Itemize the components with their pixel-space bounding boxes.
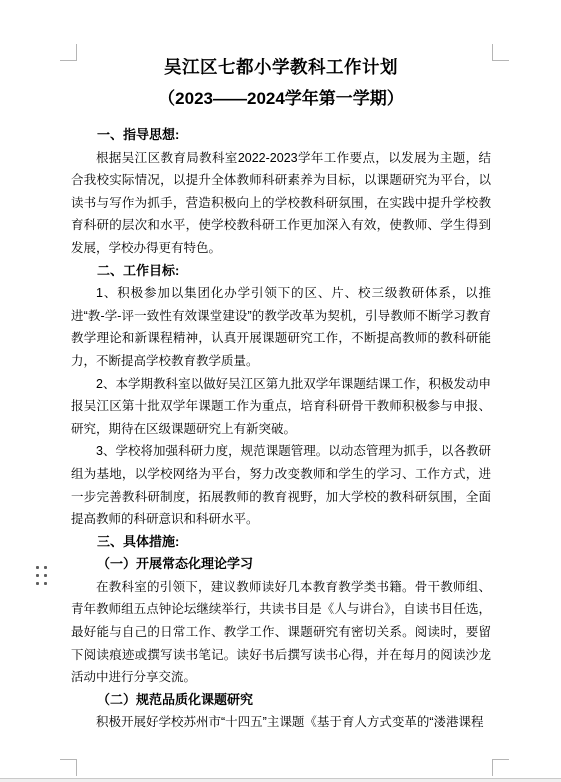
document-subtitle: （2023——2024学年第一学期） xyxy=(71,84,491,114)
document-title: 吴江区七都小学教科工作计划 xyxy=(71,52,491,82)
paragraph[interactable]: 1、积极参加以集团化办学引领下的区、片、校三级教研体系，以推进“教-学-评一致性… xyxy=(71,282,491,372)
section-heading[interactable]: （一）开展常态化理论学习 xyxy=(71,553,491,576)
paragraph[interactable]: 在教科室的引领下，建议教师读好几本教育教学类书籍。骨干教师组、青年教师组五点钟论… xyxy=(71,576,491,689)
paragraph[interactable]: 3、学校将加强科研力度，规范课题管理。以动态管理为抓手，以各教研组为基地，以学校… xyxy=(71,440,491,530)
section-heading[interactable]: （二）规范品质化课题研究 xyxy=(71,689,491,712)
drag-handle-dots-icon[interactable] xyxy=(36,566,48,587)
section-heading[interactable]: 二、工作目标: xyxy=(71,260,491,283)
paragraph[interactable]: 2、本学期教科室以做好吴江区第九批双学年课题结课工作，积极发动申报吴江区第十批双… xyxy=(71,373,491,441)
doc-body: 一、指导思想:根据吴江区教育局教科室2022-2023学年工作要点，以发展为主题… xyxy=(71,124,491,734)
margin-crop-mark-bottom-left xyxy=(60,759,77,776)
margin-crop-mark-bottom-right xyxy=(492,759,509,776)
section-heading[interactable]: 三、具体措施: xyxy=(71,531,491,554)
section-heading[interactable]: 一、指导思想: xyxy=(71,124,491,147)
document-page[interactable]: 吴江区七都小学教科工作计划 （2023——2024学年第一学期） 一、指导思想:… xyxy=(0,0,561,778)
document-content: 吴江区七都小学教科工作计划 （2023——2024学年第一学期） 一、指导思想:… xyxy=(71,52,491,734)
margin-crop-mark-top-right xyxy=(492,44,509,61)
paragraph[interactable]: 积极开展好学校苏州市“十四五”主课题《基于育人方式变革的“溇港课程 xyxy=(71,711,491,734)
page-bottom-gap xyxy=(0,778,561,782)
paragraph[interactable]: 根据吴江区教育局教科室2022-2023学年工作要点，以发展为主题，结合我校实际… xyxy=(71,147,491,260)
